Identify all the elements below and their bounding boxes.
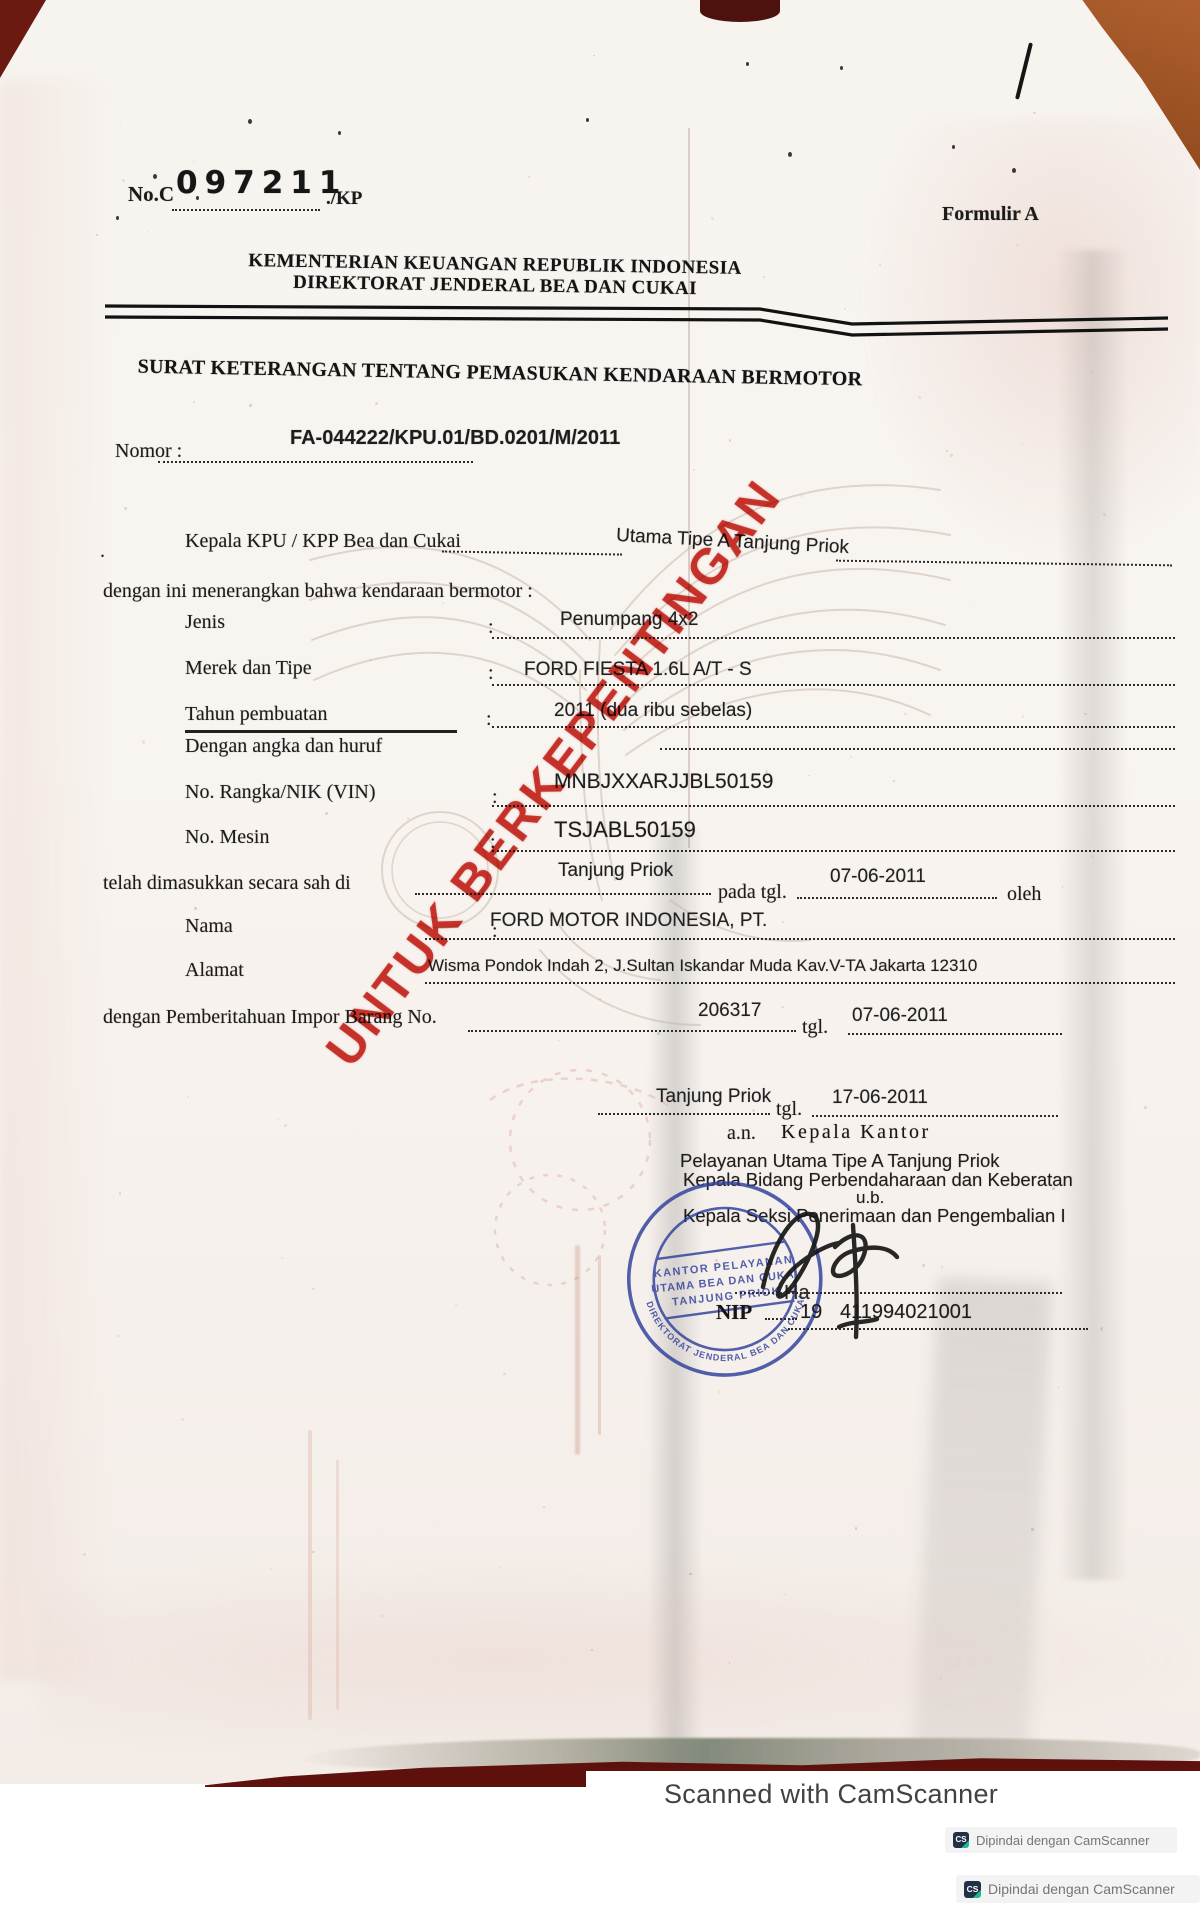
nip-dotted-lead (765, 1318, 797, 1320)
nip-label: NIP (716, 1300, 752, 1325)
field-colon: : (486, 708, 492, 731)
nomor-value: FA-044222/KPU.01/BD.0201/M/2011 (290, 427, 620, 450)
field-dotted-jenis (492, 637, 1175, 639)
camscanner-badge[interactable]: CS Dipindai dengan CamScanner (945, 1827, 1177, 1853)
camscanner-badge-text: Dipindai dengan CamScanner (988, 1881, 1175, 1897)
field-label-merek: Merek dan Tipe (185, 657, 312, 680)
camscanner-cs-icon: CS (953, 1832, 969, 1848)
field-dotted-tahun2 (660, 748, 1175, 750)
header-double-rule (100, 300, 1175, 346)
field-label-tahun-huruf: Dengan angka dan huruf (185, 735, 382, 758)
pib-dotted-b (848, 1033, 1062, 1035)
form-label: Formulir A (942, 203, 1039, 226)
field-dotted-mesin (492, 850, 1175, 852)
entry-by-label: oleh (1007, 883, 1041, 906)
pib-value: 206317 (698, 1000, 761, 1022)
issued-dotted-a (598, 1113, 770, 1115)
doc-number-stamped: 097211 (176, 165, 347, 201)
addressee-label: Kepala KPU / KPP Bea dan Cukai (185, 530, 461, 553)
issued-date: 17-06-2011 (832, 1087, 928, 1109)
alamat-value: Wisma Pondok Indah 2, J.Sultan Iskandar … (428, 956, 977, 976)
nip-dotted-trail (788, 1328, 1088, 1330)
stray-period: . (100, 540, 105, 563)
entry-label: telah dimasukkan secara sah di (103, 872, 351, 895)
tahun-underline (185, 730, 457, 733)
field-label-mesin: No. Mesin (185, 826, 269, 849)
field-value-mesin: TSJABL50159 (554, 817, 696, 843)
field-colon: : (488, 616, 494, 639)
entry-dotted-b (797, 897, 997, 899)
office-title: Kepala Kantor (781, 1121, 931, 1144)
camscanner-badge-text: Dipindai dengan CamScanner (976, 1833, 1149, 1848)
scanned-document-page: No.C 097211 ./KP Formulir A KEMENTERIAN … (0, 0, 1200, 1913)
camscanner-badge[interactable]: CS Dipindai dengan CamScanner (956, 1875, 1200, 1903)
nip-suffix: 411994021001 (840, 1301, 972, 1324)
camscanner-footer-text: Scanned with CamScanner (664, 1779, 998, 1810)
an-label: a.n. (727, 1122, 756, 1145)
signature-scrawl (735, 1185, 930, 1365)
pib-date-value: 07-06-2011 (852, 1005, 948, 1027)
pib-dotted-a (468, 1030, 796, 1032)
doc-number-prefix: No.C (128, 182, 174, 207)
nomor-label: Nomor : (115, 440, 182, 463)
nip-prefix: 19 (800, 1301, 822, 1324)
nama-value: FORD MOTOR INDONESIA, PT. (490, 910, 767, 932)
alamat-label: Alamat (185, 959, 244, 982)
field-label-tahun: Tahun pembuatan (185, 703, 327, 726)
field-label-vin: No. Rangka/NIK (VIN) (185, 781, 376, 804)
field-colon: : (488, 662, 494, 685)
doc-number-suffix: ./KP (326, 188, 362, 210)
entry-date-value: 07-06-2011 (830, 866, 926, 888)
signer-name-dotted (735, 1292, 1062, 1294)
pib-date-label: tgl. (802, 1016, 828, 1039)
doc-number-dotted-line (172, 209, 320, 211)
issued-dotted-b (812, 1115, 1058, 1117)
nama-label: Nama (185, 915, 233, 938)
field-label-jenis: Jenis (185, 611, 225, 634)
issued-place: Tanjung Priok (656, 1086, 771, 1108)
nomor-dotted-line (158, 461, 473, 463)
intro-sentence: dengan ini menerangkan bahwa kendaraan b… (103, 580, 533, 603)
camscanner-cs-icon: CS (964, 1881, 981, 1898)
alamat-dotted (425, 982, 1175, 984)
table-notch-top-center (700, 0, 780, 22)
entry-place-value: Tanjung Priok (558, 860, 673, 882)
nama-dotted (425, 938, 1175, 940)
entry-date-label: pada tgl. (718, 881, 787, 904)
issued-date-label: tgl. (776, 1098, 802, 1121)
field-dotted-vin (492, 805, 1175, 807)
